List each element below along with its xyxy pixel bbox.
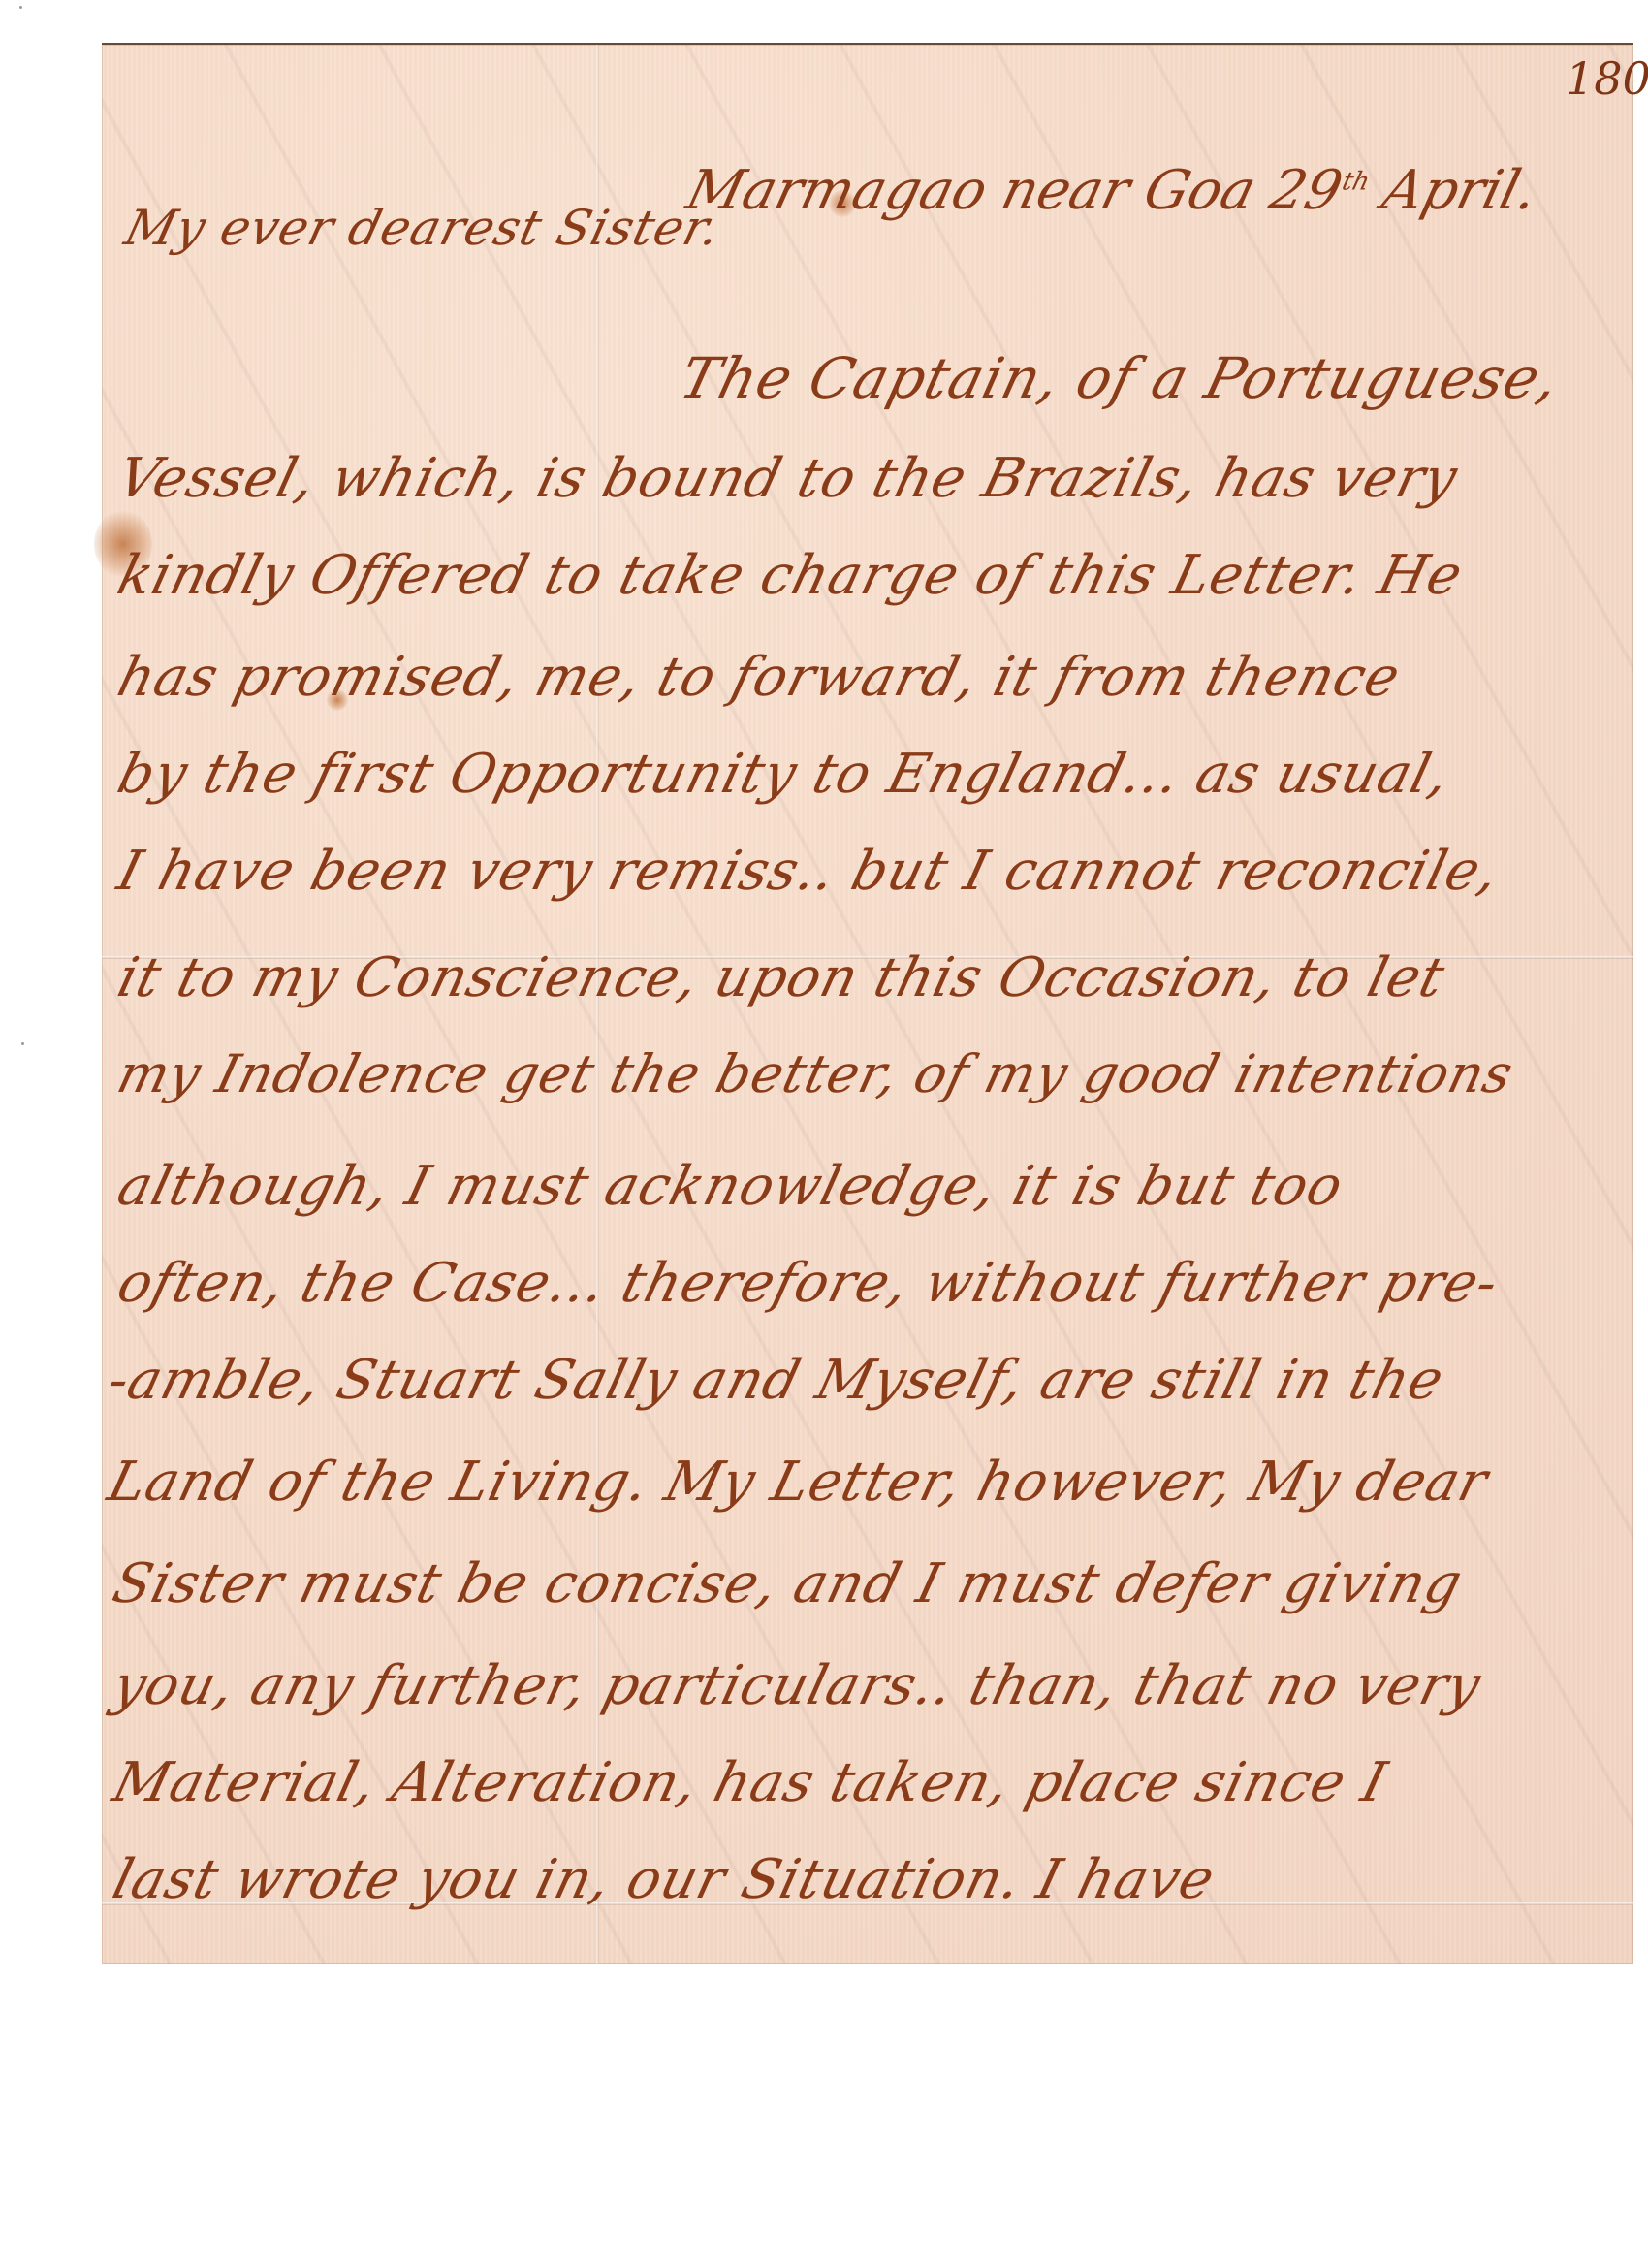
letter-line: -amble, Stuart Sally and Myself, are sti… <box>102 1349 1450 1412</box>
dateline-place: Marmagao near Goa <box>681 159 1262 222</box>
letter-line: it to my Conscience, upon this Occasion,… <box>111 946 1451 1009</box>
letter-line: I have been very remiss.. but I cannot r… <box>111 840 1505 903</box>
dateline-day-suffix: th <box>1339 167 1373 196</box>
dateline-day: 29 <box>1263 159 1347 222</box>
letter-line: Vessel, which, is bound to the Brazils, … <box>111 447 1464 510</box>
letter-line: kindly Offered to take charge of this Le… <box>111 544 1469 607</box>
letter-line: although, I must acknowledge, it is but … <box>111 1155 1349 1218</box>
letter-line: my Indolence get the better, of my good … <box>111 1043 1520 1104</box>
scan-speck <box>21 1042 24 1045</box>
letter-line: Material, Alteration, has taken, place s… <box>107 1751 1393 1814</box>
letter-page: 1809. Marmagao near Goa 29th April. My e… <box>102 43 1633 1964</box>
letter-year: 1809. <box>1566 52 1648 105</box>
letter-line: Land of the Living. My Letter, however, … <box>102 1451 1495 1514</box>
letter-line: has promised, me, to forward, it from th… <box>111 646 1407 709</box>
letter-line: often, the Case... therefore, without fu… <box>111 1252 1505 1315</box>
letter-line: last wrote you in, our Situation. I have <box>107 1848 1221 1911</box>
letter-line: The Captain, of a Portuguese, <box>674 345 1567 411</box>
letter-line: by the first Opportunity to England... a… <box>111 743 1456 806</box>
letter-dateline: Marmagao near Goa 29th April. <box>681 159 1544 222</box>
letter-line: Sister must be concise, and I must defer… <box>107 1552 1469 1615</box>
salutation: My ever dearest Sister. <box>119 200 726 256</box>
dateline-month: April. <box>1377 159 1544 222</box>
letter-line: you, any further, particulars.. than, th… <box>107 1654 1487 1717</box>
scan-speck <box>19 6 22 9</box>
